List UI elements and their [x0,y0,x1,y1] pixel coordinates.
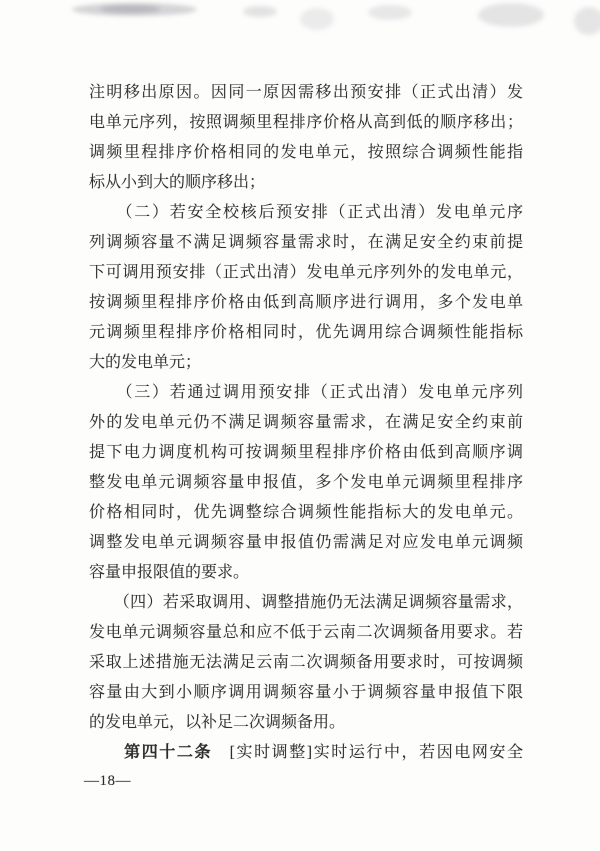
document-page: 注明移出原因。因同一原因需移出预安排（正式出清）发电单元序列，按照调频里程排序价… [0,0,600,851]
text-run: 按调频里程排序价格由低到高顺序进行调用，多个发电单 [89,294,523,311]
text-run: 元调频里程排序价格相同时，优先调用综合调频性能指标 [89,324,523,341]
page-number: —18— [84,770,131,792]
text-line: （三）若通过调用预安排（正式出清）发电单元序列 [89,378,523,408]
text-run: 调整发电单元调频容量申报值仍需满足对应发电单元调频 [89,534,523,551]
text-line: 提下电力调度机构可按调频里程排序价格由低到高顺序调 [89,438,523,468]
text-line: 的发电单元，以补足二次调频备用。 [89,708,523,738]
text-run: 列调频容量不满足调频容量需求时，在满足安全约束前提 [89,234,523,251]
scan-smudge [368,5,412,20]
text-line: 发电单元调频容量总和应不低于云南二次调频备用要求。若 [89,618,523,648]
text-line: 按调频里程排序价格由低到高顺序进行调用，多个发电单 [89,288,523,318]
scan-smudge [100,5,160,13]
text-run: （三）若通过调用预安排（正式出清）发电单元序列 [89,384,523,401]
text-run: （四）若采取调用、调整措施仍无法满足调频容量需求， [89,594,523,611]
text-line: 元调频里程排序价格相同时，优先调用综合调频性能指标 [89,318,523,348]
text-run [89,744,124,761]
text-line: 容量申报限值的要求。 [89,558,523,588]
text-line: 调频里程排序价格相同的发电单元，按照综合调频性能指 [89,138,523,168]
text-run: 容量申报限值的要求。 [89,564,249,581]
scan-smudge [300,8,334,30]
text-line: 第四十二条 [实时调整]实时运行中，若因电网安全 [89,738,523,768]
text-line: 列调频容量不满足调频容量需求时，在满足安全约束前提 [89,228,523,258]
text-run: 发电单元调频容量总和应不低于云南二次调频备用要求。若 [89,624,523,641]
text-run: 提下电力调度机构可按调频里程排序价格由低到高顺序调 [89,444,523,461]
text-run: 价格相同时，优先调整综合调频性能指标大的发电单元。 [89,504,523,521]
scan-smudge [478,3,544,27]
text-run: 外的发电单元仍不满足调频容量需求，在满足安全约束前 [89,414,523,431]
text-run: [实时调整]实时运行中，若因电网安全 [212,744,523,761]
scan-smudge [574,7,600,35]
text-run: 电单元序列，按照调频里程排序价格从高到低的顺序移出； [89,114,523,131]
text-line: 外的发电单元仍不满足调频容量需求，在满足安全约束前 [89,408,523,438]
text-line: （四）若采取调用、调整措施仍无法满足调频容量需求， [89,588,523,618]
text-run: （二）若安全校核后预安排（正式出清）发电单元序 [89,204,523,221]
scan-smudge [72,3,197,16]
text-run: 容量由大到小顺序调用调频容量小于调频容量申报值下限 [89,684,523,701]
document-body: 注明移出原因。因同一原因需移出预安排（正式出清）发电单元序列，按照调频里程排序价… [89,78,523,768]
text-line: 容量由大到小顺序调用调频容量小于调频容量申报值下限 [89,678,523,708]
text-line: 下可调用预安排（正式出清）发电单元序列外的发电单元， [89,258,523,288]
text-line: 调整发电单元调频容量申报值仍需满足对应发电单元调频 [89,528,523,558]
text-line: 价格相同时，优先调整综合调频性能指标大的发电单元。 [89,498,523,528]
text-run: 大的发电单元； [89,354,201,371]
text-run: 调频里程排序价格相同的发电单元，按照综合调频性能指 [89,144,523,161]
text-run: 整发电单元调频容量申报值，多个发电单元调频里程排序 [89,474,523,491]
text-line: 大的发电单元； [89,348,523,378]
text-run: 下可调用预安排（正式出清）发电单元序列外的发电单元， [89,264,523,281]
text-line: 采取上述措施无法满足云南二次调频备用要求时，可按调频 [89,648,523,678]
article-number: 第四十二条 [124,744,212,761]
text-line: 标从小到大的顺序移出； [89,168,523,198]
text-line: 电单元序列，按照调频里程排序价格从高到低的顺序移出； [89,108,523,138]
scan-smudge [243,6,277,17]
text-line: 注明移出原因。因同一原因需移出预安排（正式出清）发 [89,78,523,108]
text-run: 标从小到大的顺序移出； [89,174,265,191]
text-run: 采取上述措施无法满足云南二次调频备用要求时，可按调频 [89,654,523,671]
text-run: 注明移出原因。因同一原因需移出预安排（正式出清）发 [89,84,523,101]
text-line: 整发电单元调频容量申报值，多个发电单元调频里程排序 [89,468,523,498]
text-line: （二）若安全校核后预安排（正式出清）发电单元序 [89,198,523,228]
text-run: 的发电单元，以补足二次调频备用。 [89,714,345,731]
